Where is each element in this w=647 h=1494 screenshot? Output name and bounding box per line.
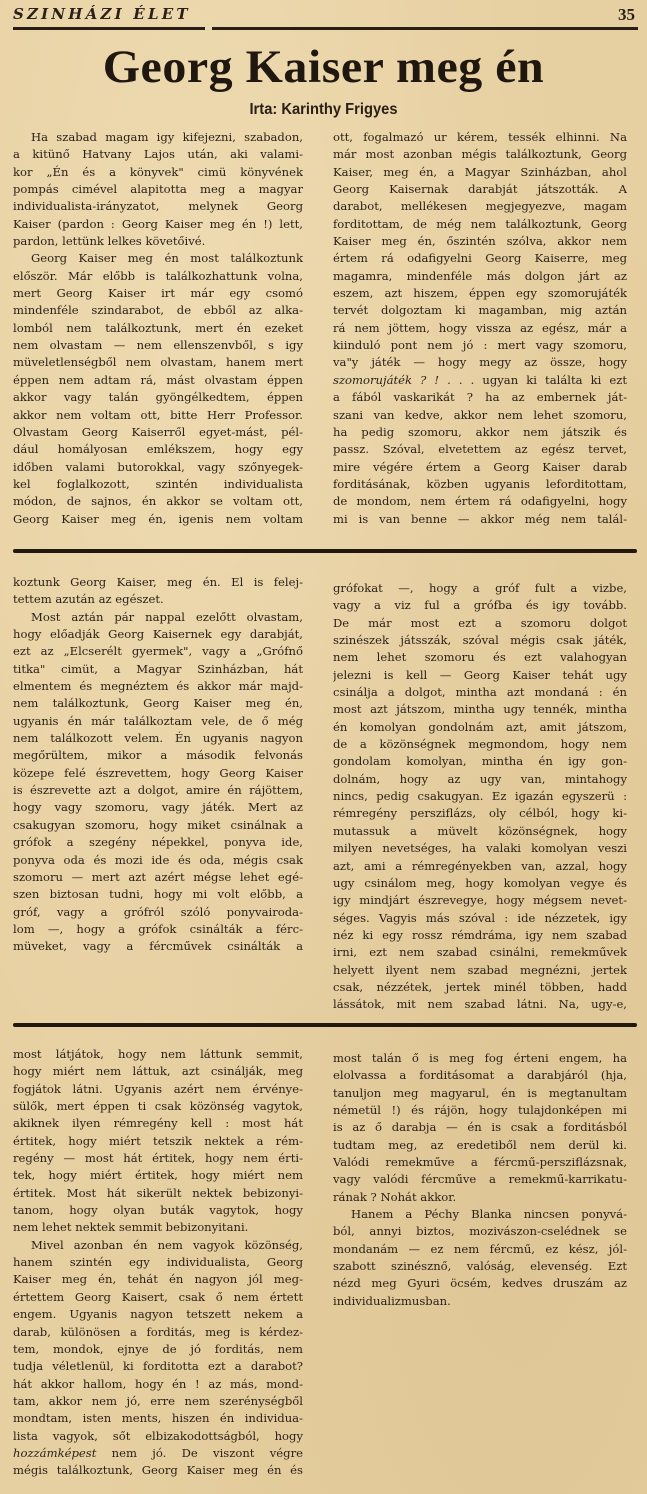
text-line: individualista-irányzatot, melynek Georg	[13, 198, 303, 215]
text-line: néz ki egy rossz rémdráma, igy nem szaba…	[333, 927, 627, 944]
text-line: akkor vagy talán gyöngélkedtem, éppen	[13, 389, 303, 406]
text-line: kel foglalkozott, szintén individualista	[13, 476, 303, 493]
text-line: mutassuk a müvelt közönségnek, hogy	[333, 823, 627, 840]
text-line: pompás cimével alapitotta meg a magyar	[13, 181, 303, 198]
text-line: vagy valódi fércműve a remekmű-karrikatu…	[333, 1171, 627, 1188]
text-line: darab, különösen a forditás, meg is kérd…	[13, 1324, 303, 1341]
text-line: hogy miért nem láttuk, azt csinálják, me…	[13, 1063, 303, 1080]
text-line: lássátok, mit nem szabad látni. Na, ugy-…	[333, 996, 627, 1013]
text-line: va"y játék — hogy megy az össze, hogy	[333, 354, 627, 371]
text-line: módon, de sajnos, én akkor se voltam ott…	[13, 493, 303, 510]
text-line: a kitünő Hatvany Lajos után, aki valami-	[13, 146, 303, 163]
text-line: pardon, lettünk lelkes követőivé.	[13, 233, 303, 250]
header-rule-right	[212, 27, 638, 30]
text-line: mert Georg Kaiser irt már egy csomó	[13, 285, 303, 302]
text-line: hogy előadják Georg Kaisernek egy darabj…	[13, 626, 303, 643]
text-line: individualizmusban.	[333, 1293, 627, 1310]
text-line: magamra, mindenféle más dolgon járt az	[333, 268, 627, 285]
running-head: SZINHÁZI ÉLET	[13, 5, 191, 23]
text-line: dául homályosan emlékszem, hogy egy	[13, 441, 303, 458]
text-line: mindenféle szindarabot, de ebből az alka…	[13, 302, 303, 319]
text-line: Most aztán pár nappal ezelőtt olvastam,	[13, 609, 303, 626]
text-line: helyett ilyent nem szabad megnézni, jert…	[333, 962, 627, 979]
section2-column-right: grófokat —, hogy a gróf fult a vizbe,vag…	[333, 580, 627, 1014]
text-line: lom —, hogy a grófok csinálták a férc-	[13, 921, 303, 938]
section-divider-rule	[13, 549, 637, 553]
text-line: milyen nevetséges, ha valaki komolyan ve…	[333, 840, 627, 857]
text-line: akiknek ilyen rémregény kell : most hát	[13, 1115, 303, 1132]
text-line: De már most ezt a szomoru dolgot	[333, 615, 627, 632]
text-line: lista vagyok, sőt elbizakodottságból, ho…	[13, 1428, 303, 1445]
text-line: tek, hogy miért értitek, hogy miért nem	[13, 1167, 303, 1184]
text-line: Ha szabad magam igy kifejezni, szabadon,	[13, 129, 303, 146]
text-line: a fából vaskarikát ? ha az embernek ját-	[333, 389, 627, 406]
text-line: Mivel azonban én nem vagyok közönség,	[13, 1237, 303, 1254]
text-line: hát akkor hallom, hogy én ! az más, mond…	[13, 1376, 303, 1393]
text-line: szomoru — mert azt azért mégse lehet egé…	[13, 869, 303, 886]
text-line: tudja véletlenül, ki forditotta ezt a da…	[13, 1358, 303, 1375]
text-line: elolvassa a forditásomat a darabjáról (h…	[333, 1067, 627, 1084]
text-line: séges. Vagyis más szóval : ide nézzetek,…	[333, 910, 627, 927]
section1-column-right: ott, fogalmazó ur kérem, tessék elhinni.…	[333, 129, 627, 528]
text-line: müveletlenségből nem olvastam, hanem mer…	[13, 354, 303, 371]
section2-column-left: koztunk Georg Kaiser, meg én. El is fele…	[13, 574, 303, 956]
text-line: értem rá odafigyelni Georg Kaiserre, meg	[333, 250, 627, 267]
text-line: Valódi remekműve a fércmű-persziflázsnak…	[333, 1154, 627, 1171]
text-line: vagy a viz ful a grófba és igy tovább.	[333, 597, 627, 614]
text-line: azt, ami a rémregényekben van, azzal, ho…	[333, 858, 627, 875]
text-line: de mondom, nem értem rá odafigyelni, hog…	[333, 493, 627, 510]
text-line: először. Már előbb is találkozhattunk vo…	[13, 268, 303, 285]
text-line: nem találkozott velem. Én ugyanis nagyon	[13, 730, 303, 747]
text-line: koztunk Georg Kaiser, meg én. El is fele…	[13, 574, 303, 591]
text-line: Olvastam Georg Kaiserről egyet-mást, pél…	[13, 424, 303, 441]
text-line: is észrevette azt a dolgot, amire én ráj…	[13, 782, 303, 799]
text-line: mégis találkoztunk, Georg Kaiser meg én …	[13, 1462, 303, 1479]
text-line: kiinduló pont nem jó : mert vagy szomoru…	[333, 337, 627, 354]
text-line: közepe felé észrevettem, hogy Georg Kais…	[13, 765, 303, 782]
text-line: értettem Georg Kaisert, csak ő nem értet…	[13, 1289, 303, 1306]
text-line: passz. Szóval, elvetettem az egész terve…	[333, 441, 627, 458]
text-line: rémregény persziflázs, oly célból, hogy …	[333, 805, 627, 822]
text-line: csak, nézzétek, jertek minél többen, had…	[333, 979, 627, 996]
section-divider-rule	[13, 1023, 637, 1027]
text-line: mondanám — ez nem fércmű, ez kész, jól-	[333, 1241, 627, 1258]
text-line: ezt az „Elcserélt gyermek", vagy a „Gróf…	[13, 643, 303, 660]
text-line: jelezni is kell — Georg Kaiser tehát ugy	[333, 667, 627, 684]
text-line: engem. Ugyanis nagyon tetszett nekem a	[13, 1306, 303, 1323]
text-line: kor „Én és a könyvek" cimü könyvének	[13, 164, 303, 181]
text-line: időben valami butorokkal, vagy szőnyegek…	[13, 459, 303, 476]
text-line: grófokat —, hogy a gróf fult a vizbe,	[333, 580, 627, 597]
text-line: szabott szinésznő, valóság, elevenség. E…	[333, 1258, 627, 1275]
text-line: elmentem és megnéztem és akkor már majd-	[13, 678, 303, 695]
article-byline: Irta: Karinthy Frigyes	[26, 101, 621, 119]
text-line: csinálja a dolgot, mintha azt mondaná : …	[333, 684, 627, 701]
text-line: mondtam, isten ments, hiszen én individu…	[13, 1410, 303, 1427]
text-line: Kaiser meg én, tehát én nagyon jól meg-	[13, 1271, 303, 1288]
section1-column-left: Ha szabad magam igy kifejezni, szabadon,…	[13, 129, 303, 528]
text-line: mi is van benne — akkor még nem talál-	[333, 511, 627, 528]
italic-emphasis: hozzámképest	[13, 1446, 96, 1460]
text-line: értitek, hogy miért tetszik nektek a rém…	[13, 1133, 303, 1150]
italic-emphasis: szomorujáték ? ! . . .	[333, 373, 474, 387]
text-line: tanom, hogy olyan buták vagytok, hogy	[13, 1202, 303, 1219]
text-line: Georg Kaiser meg én most találkoztunk	[13, 250, 303, 267]
text-line: már most azonban mégis találkoztunk, Geo…	[333, 146, 627, 163]
text-line: nem lehet szomoru és ezt valahogyan	[333, 649, 627, 666]
text-line: nem lehet nektek semmit bebizonyitani.	[13, 1219, 303, 1236]
section3-column-right: most talán ő is meg fog érteni engem, ha…	[333, 1050, 627, 1310]
text-line: megőrültem, mikor a második felvonás	[13, 747, 303, 764]
text-line: is az ő darabja — én is csak a forditásb…	[333, 1119, 627, 1136]
section3-column-left: most látjátok, hogy nem láttunk semmit,h…	[13, 1046, 303, 1480]
text-line: ból, annyi biztos, mozivászon-cselédnek …	[333, 1223, 627, 1240]
text-line: nem olvastam — nem ellenszenvből, s igy	[13, 337, 303, 354]
text-line: nézd meg Gyuri öcsém, kedves druszám az	[333, 1275, 627, 1292]
text-line: Kaiser meg én, őszintén szólva, akkor ne…	[333, 233, 627, 250]
text-line: de a közönségnek megmondom, hogy nem	[333, 736, 627, 753]
text-line: eszem, azt hiszem, éppen egy szomorujáté…	[333, 285, 627, 302]
text-line: tam, akkor nem jó, erre nem szerénységbő…	[13, 1393, 303, 1410]
text-line: tervét dolgoztam ki magamban, mig aztán	[333, 302, 627, 319]
text-line: ugy csinálom meg, hogy komolyan vegye és	[333, 875, 627, 892]
text-line: lomból nem találkoztunk, mert én ezeket	[13, 320, 303, 337]
text-line: ha pedig szomoru, akkor nem játszik és	[333, 424, 627, 441]
text-line: tudtam meg, az eredetiből nem derül ki.	[333, 1137, 627, 1154]
text-line: akkor nem voltam ott, bitte Herr Profess…	[13, 407, 303, 424]
header-rule-left	[13, 27, 205, 30]
text-line: tanuljon meg magyarul, én is megtanultam	[333, 1085, 627, 1102]
text-line: tettem azután az egészet.	[13, 591, 303, 608]
text-line: müveket, vagy a fércművek csinálták a	[13, 938, 303, 955]
text-line: fogjátok látni. Ugyanis azért nem érvény…	[13, 1081, 303, 1098]
text-line: gondolam komolyan, mintha én igy gon-	[333, 753, 627, 770]
text-line: Kaiser, meg én, a Magyar Szinházban, aho…	[333, 164, 627, 181]
text-line: rá nem jöttem, hogy vissza az egész, már…	[333, 320, 627, 337]
text-line: hozzámképest nem jó. De viszont végre	[13, 1445, 303, 1462]
text-line: most azt játszom, mintha ugy tennék, min…	[333, 701, 627, 718]
text-line: forditottam, de még nem találkoztunk, Ge…	[333, 216, 627, 233]
text-line: tem, mondok, ejnye de jó forditás, nem	[13, 1341, 303, 1358]
text-line: forditásának, közben ugyanis leforditott…	[333, 476, 627, 493]
text-line: nem találkoztunk, Georg Kaiser meg én,	[13, 695, 303, 712]
text-line: ugyanis én már találkoztam vele, de ő mé…	[13, 713, 303, 730]
text-line: grófok a szegény népekkel, ponyva ide,	[13, 834, 303, 851]
text-line: Kaiser (pardon : Georg Kaiser meg én !) …	[13, 216, 303, 233]
text-line: szinészek játsszák, szóval mégis csak já…	[333, 632, 627, 649]
text-line: szen biztosan tudni, hogy mi volt előbb,…	[13, 886, 303, 903]
text-line: németül !) és rájön, hogy tulajdonképen …	[333, 1102, 627, 1119]
page-number: 35	[618, 5, 635, 25]
text-line: hanem szintén egy individualista, Georg	[13, 1254, 303, 1271]
text-line: dolnám, hogy az ugy van, mintahogy	[333, 771, 627, 788]
text-line: én komolyan gondolnám azt, amit játszom,	[333, 719, 627, 736]
text-line: csakugyan szomoru, hogy miket csinálnak …	[13, 817, 303, 834]
text-line: szomorujáték ? ! . . . ugyan ki találta …	[333, 372, 627, 389]
text-line: ott, fogalmazó ur kérem, tessék elhinni.…	[333, 129, 627, 146]
text-line: nincs, pedig csakugyan. Ez igazán egysze…	[333, 788, 627, 805]
text-line: Georg Kaisernak darabját játszották. A	[333, 181, 627, 198]
text-line: ponyva oda és mozi ide és oda, mégis csa…	[13, 852, 303, 869]
text-line: Georg Kaiser meg én, igenis nem voltam	[13, 511, 303, 528]
text-line: most talán ő is meg fog érteni engem, ha	[333, 1050, 627, 1067]
text-line: most látjátok, hogy nem láttunk semmit,	[13, 1046, 303, 1063]
text-line: irni, ezt nem szabad csinálni, remekműve…	[333, 944, 627, 961]
text-line: regény — most hát értitek, hogy nem érti…	[13, 1150, 303, 1167]
text-line: igy mindjárt észrevegye, hogy mégsem nev…	[333, 892, 627, 909]
article-title: Georg Kaiser meg én	[0, 40, 647, 94]
text-line: gróf, vagy a grófról szóló ponyvairoda-	[13, 904, 303, 921]
text-line: hogy vagy szomoru, vagy játék. Mert az	[13, 799, 303, 816]
text-line: titka" cimüt, a Magyar Szinházban, hát	[13, 661, 303, 678]
text-line: értitek. Most hát sikerült nektek bebizo…	[13, 1185, 303, 1202]
text-line: sülők, mert éppen ti csak közönség vagyt…	[13, 1098, 303, 1115]
text-line: éppen nem adtam rá, mást olvastam éppen	[13, 372, 303, 389]
text-line: Hanem a Péchy Blanka nincsen ponyvá-	[333, 1206, 627, 1223]
text-line: darabot, mellékesen megjegyezve, magam	[333, 198, 627, 215]
magazine-page: SZINHÁZI ÉLET 35 Georg Kaiser meg én Irt…	[0, 0, 647, 1494]
text-line: mire végére értem a Georg Kaiser darab	[333, 459, 627, 476]
text-line: szani van kedve, akkor nem lehet szomoru…	[333, 407, 627, 424]
text-line: rának ? Nohát akkor.	[333, 1189, 627, 1206]
